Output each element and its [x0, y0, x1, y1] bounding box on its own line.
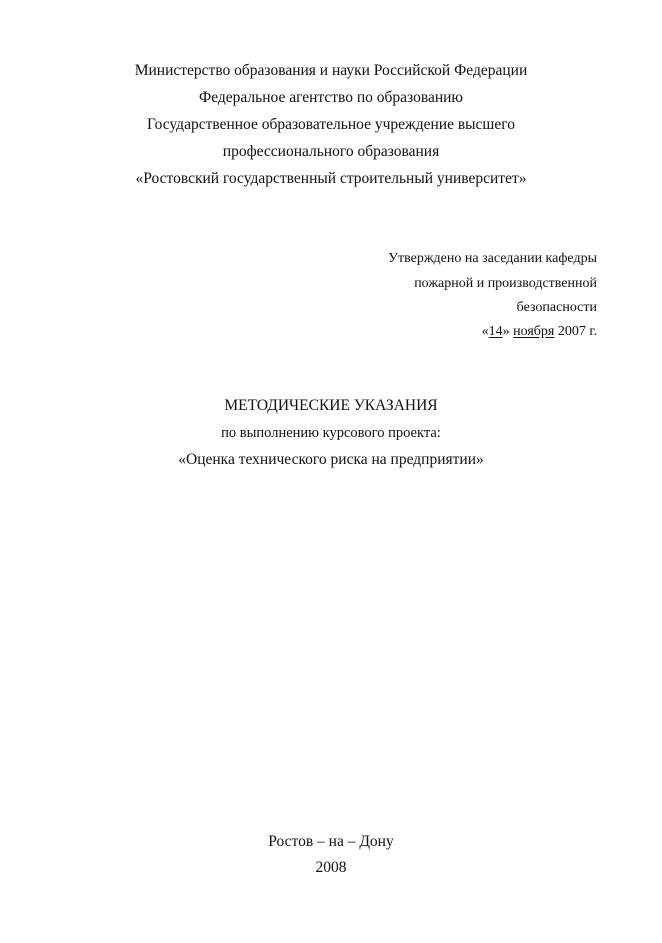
approval-line-3: безопасности	[517, 298, 597, 318]
university-name: «Ростовский государственный строительный…	[0, 169, 662, 189]
agency-line: Федеральное агентство по образованию	[0, 88, 662, 108]
approval-line-2: пожарной и производственной	[414, 274, 597, 294]
date-year: 2007 г.	[558, 324, 597, 339]
institution-type-line-2: профессионального образования	[0, 142, 662, 162]
document-title: МЕТОДИЧЕСКИЕ УКАЗАНИЯ	[0, 396, 662, 416]
date-day: 14	[489, 324, 503, 339]
approval-date: «14» ноября 2007 г.	[482, 322, 597, 342]
date-month: ноября	[513, 324, 554, 339]
approval-line-1: Утверждено на заседании кафедры	[388, 249, 597, 269]
document-page: Министерство образования и науки Российс…	[0, 0, 662, 943]
document-subtitle: по выполнению курсового проекта:	[0, 423, 662, 443]
document-topic: «Оценка технического риска на предприяти…	[0, 450, 662, 470]
year: 2008	[0, 858, 662, 878]
date-close-quote: »	[503, 324, 510, 339]
date-open-quote: «	[482, 324, 489, 339]
ministry-line: Министерство образования и науки Российс…	[0, 61, 662, 81]
city: Ростов – на – Дону	[0, 832, 662, 852]
institution-type-line: Государственное образовательное учрежден…	[0, 115, 662, 135]
